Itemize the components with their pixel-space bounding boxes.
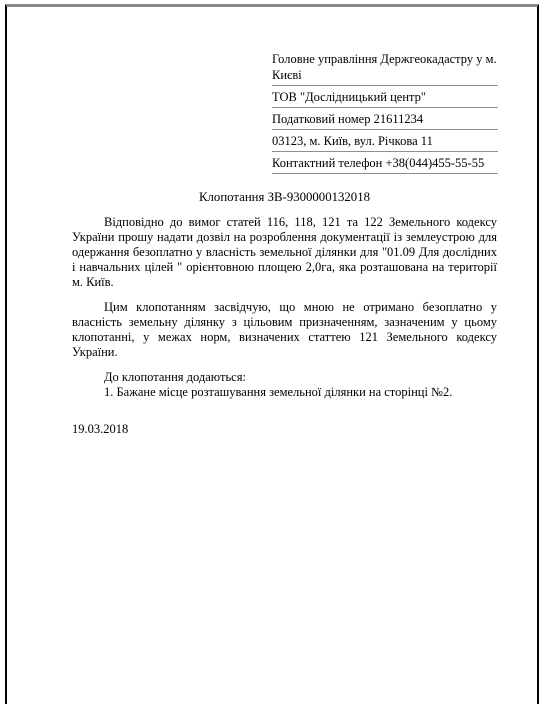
document-title: Клопотання ЗВ-9300000132018 bbox=[72, 190, 497, 205]
document-body: Відповідно до вимог статей 116, 118, 121… bbox=[72, 215, 497, 437]
paragraph-request: Відповідно до вимог статей 116, 118, 121… bbox=[72, 215, 497, 290]
attachments-label: До клопотання додаються: bbox=[72, 370, 497, 385]
header-line-applicant-name: ТОВ "Дослідницький центр" bbox=[272, 89, 498, 108]
recipient-header-block: Головне управління Держгеокадастру у м. … bbox=[272, 51, 498, 177]
header-line-recipient: Головне управління Держгеокадастру у м. … bbox=[272, 51, 498, 86]
header-line-tax-number: Податковий номер 21611234 bbox=[272, 111, 498, 130]
header-line-address: 03123, м. Київ, вул. Річкова 11 bbox=[272, 133, 498, 152]
paragraph-declaration: Цим клопотанням засвідчую, що мною не от… bbox=[72, 300, 497, 360]
header-line-phone: Контактний телефон +38(044)455-55-55 bbox=[272, 155, 498, 174]
document-page: Головне управління Держгеокадастру у м. … bbox=[5, 4, 539, 675]
document-date: 19.03.2018 bbox=[72, 422, 497, 437]
attachment-item: 1. Бажане місце розташування земельної д… bbox=[72, 385, 497, 400]
